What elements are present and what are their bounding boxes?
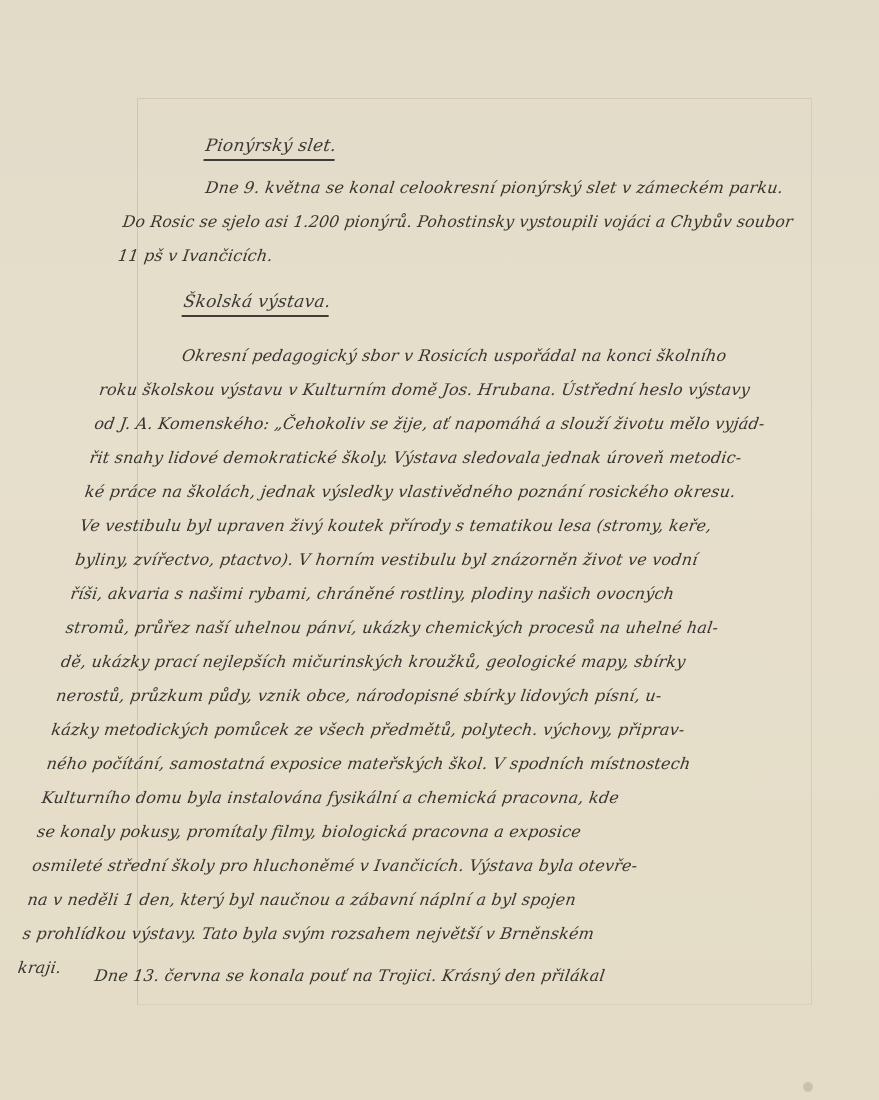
text-line: ké práce na školách, jednak výsledky vla… <box>84 482 737 501</box>
text-line: dě, ukázky prací nejlepších mičurinských… <box>60 652 687 671</box>
text-line: Do Rosic se sjelo asi 1.200 pionýrů. Poh… <box>122 212 795 231</box>
paper-stain <box>803 1082 813 1092</box>
text-line: Dne 9. května se konal celookresní pioný… <box>204 178 784 197</box>
text-line: Dne 13. června se konala pouť na Trojici… <box>94 966 607 985</box>
text-line: se konaly pokusy, promítaly filmy, biolo… <box>36 822 583 841</box>
text-line: byliny, zvířectvo, ptactvo). V horním ve… <box>74 550 699 569</box>
text-line: stromů, průřez naší uhelnou pánví, ukázk… <box>65 618 720 637</box>
text-line: 11 pš v Ivančicích. <box>117 246 274 265</box>
text-line: Kulturního domu byla instalována fysikál… <box>41 788 621 807</box>
text-line: ného počítání, samostatná exposice mateř… <box>45 754 691 773</box>
text-line: kraji. <box>17 958 63 977</box>
text-line: Ve vestibulu byl upraven živý koutek pří… <box>79 516 713 535</box>
text-line: nerostů, průzkum půdy, vznik obce, národ… <box>55 686 663 705</box>
section-heading-school-exhibition: Školská výstava. <box>182 292 333 317</box>
text-line: roku školskou výstavu v Kulturním domě J… <box>98 380 751 399</box>
text-line: od J. A. Komenského: „Čehokoliv se žije,… <box>93 414 766 433</box>
section-heading-pioneer-rally: Pionýrský slet. <box>203 136 337 161</box>
text-line: s prohlídkou výstavy. Tato byla svým roz… <box>22 924 596 943</box>
text-line: řit snahy lidové demokratické školy. Výs… <box>88 448 742 467</box>
text-line: kázky metodických pomůcek ze všech předm… <box>50 720 686 739</box>
text-line: Okresní pedagogický sbor v Rosicích uspo… <box>181 346 728 365</box>
text-line: říši, akvaria s našimi rybami, chráněné … <box>69 584 675 603</box>
text-line: osmileté střední školy pro hluchoněmé v … <box>31 856 639 875</box>
text-line: na v neděli 1 den, který byl naučnou a z… <box>26 890 577 909</box>
